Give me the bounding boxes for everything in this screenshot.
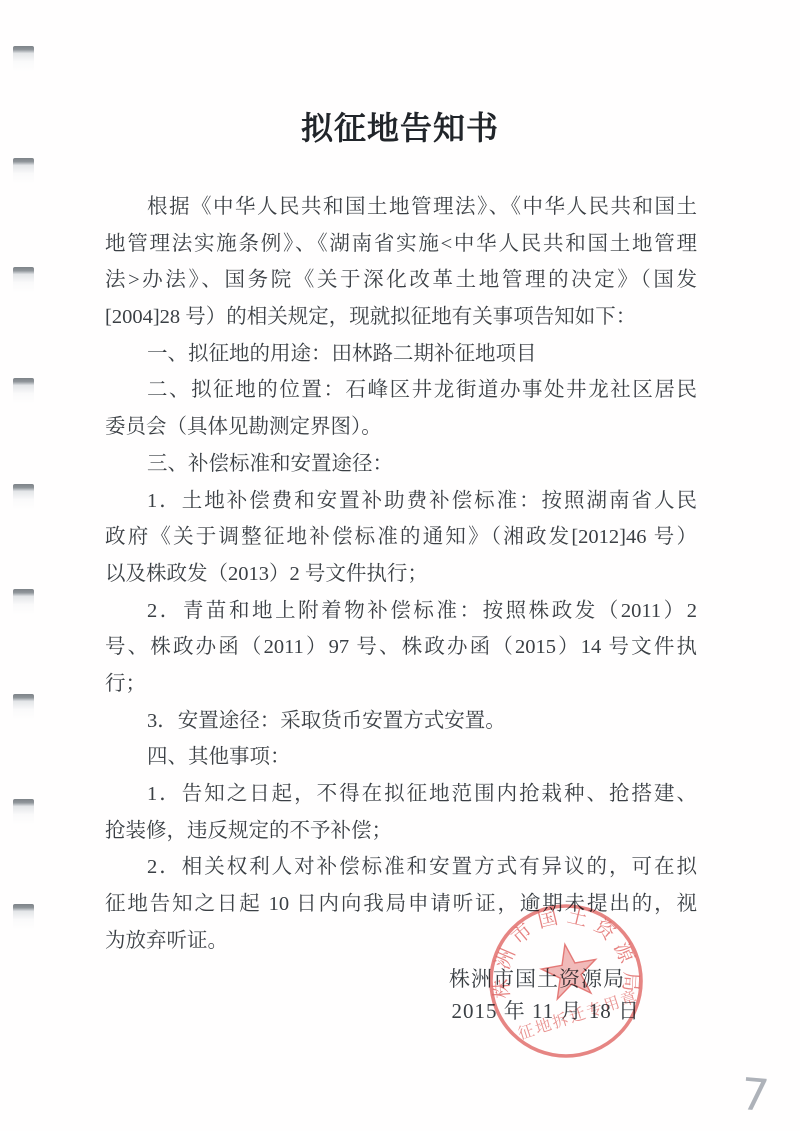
text-line: 2．青苗和地上附着物补偿标准：按照株政发（2011）2 [105,593,697,630]
text-line: 政府《关于调整征地补偿标准的通知》（湘政发[2012]46 号） [105,519,697,556]
star-icon [541,944,595,999]
binding-hole-mark [13,484,34,510]
text-line: [2004]28 号）的相关规定，现就拟征地有关事项告知如下： [105,299,697,336]
text-line: 地管理法实施条例》、《湖南省实施<中华人民共和国土地管理 [105,226,697,263]
text-line: 四、其他事项： [105,739,697,776]
text-line: 号、株政办函（2011）97 号、株政办函（2015）14 号文件执 [105,629,697,666]
official-seal: 株洲市国土资源局 征地拆迁专用章 [484,900,652,1062]
binding-hole-mark [13,799,34,825]
text-line: 委员会（具体见勘测定界图）。 [105,409,697,446]
text-line: 根据《中华人民共和国土地管理法》、《中华人民共和国土 [105,189,697,226]
text-line: 3．安置途径：采取货币安置方式安置。 [105,703,697,740]
text-line: 2．相关权利人对补偿标准和安置方式有异议的，可在拟 [105,849,697,886]
document-body: 根据《中华人民共和国土地管理法》、《中华人民共和国土地管理法实施条例》、《湖南省… [105,189,697,959]
binding-hole-mark [13,267,34,293]
scanned-document-page: 拟征地告知书 根据《中华人民共和国土地管理法》、《中华人民共和国土地管理法实施条… [0,0,800,1131]
seal-banner-text: 征地拆迁专用章 [515,986,641,1043]
text-line: 行； [105,666,697,703]
text-line: 二、拟征地的位置：石峰区井龙街道办事处井龙社区居民 [105,372,697,409]
binding-hole-mark [13,694,34,720]
handwritten-page-number: 7 [728,1066,783,1125]
binding-hole-mark [13,904,34,930]
binding-hole-mark [13,158,34,184]
text-line: 法>办法》、国务院《关于深化改革土地管理的决定》（国发 [105,262,697,299]
binding-hole-mark [13,589,34,615]
text-line: 以及株政发（2013）2 号文件执行； [105,556,697,593]
text-line: 1．土地补偿费和安置补助费补偿标准：按照湖南省人民 [105,483,697,520]
text-line: 1．告知之日起，不得在拟征地范围内抢栽种、抢搭建、 [105,776,697,813]
binding-hole-mark [13,378,34,404]
binding-hole-mark [13,46,34,72]
text-line: 一、拟征地的用途：田林路二期补征地项目 [105,336,697,373]
document-title: 拟征地告知书 [0,104,800,152]
text-line: 抢装修，违反规定的不予补偿； [105,813,697,850]
text-line: 三、补偿标准和安置途径： [105,446,697,483]
